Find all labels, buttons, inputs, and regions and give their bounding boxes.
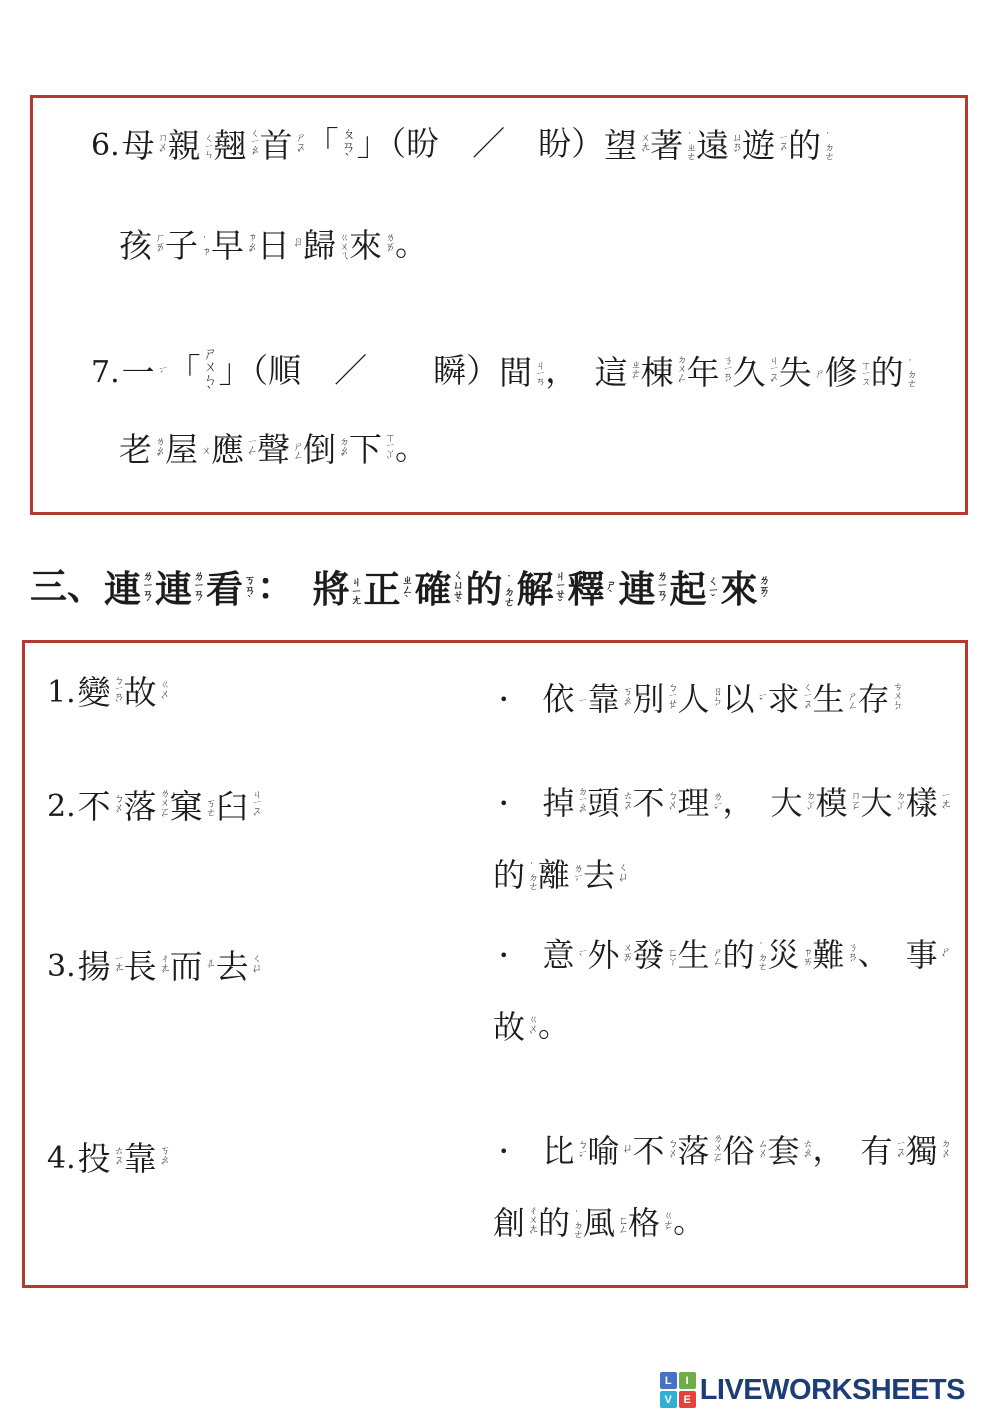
match-definition-1-line-1: •依ㄧ靠ㄎㄠˋ別ㄅㄧㄝˊ人ㄖㄣˊ以ㄧˇ求ㄑㄧㄡˊ生ㄕㄥ存ㄘㄨㄣˊ <box>493 673 963 721</box>
match-term-3[interactable]: 3.揚ㄧㄤˊ長ㄔㄤˊ而ㄦˊ去ㄑㄩˋ <box>47 945 262 988</box>
match-term-3-number: 3. <box>47 949 76 984</box>
match-definition-3[interactable]: •意ㄧˋ外ㄨㄞˋ發ㄈㄚ生ㄕㄥ的˙ㄉㄜ災ㄗㄞ難ㄋㄢˊ、 事ㄕˋ 故ㄍㄨˋ。 <box>493 929 963 1073</box>
match-term-1-number: 1. <box>47 675 76 710</box>
match-definition-3-line-1: •意ㄧˋ外ㄨㄞˋ發ㄈㄚ生ㄕㄥ的˙ㄉㄜ災ㄗㄞ難ㄋㄢˊ、 事ㄕˋ <box>493 929 963 977</box>
logo-cell-i: I <box>679 1372 696 1389</box>
match-definition-2-line-1: •掉ㄉㄧㄠˋ頭ㄊㄡˊ不ㄅㄨˋ理ㄌㄧˇ， 大ㄉㄚˋ模ㄇㄛˊ大ㄉㄚˋ樣ㄧㄤˋ <box>493 777 963 825</box>
section-3-title: 三、連ㄌㄧㄢˊ連ㄌㄧㄢˊ看ㄎㄢˋ： 將ㄐㄧㄤ正ㄓㄥˋ確ㄑㄩㄝˋ的˙ㄉㄜ解ㄐㄧㄝˇ… <box>30 556 772 614</box>
worksheet-page: { "meta": { "border_color": "#b23a31", "… <box>0 0 1000 1414</box>
question-6-text: 母ㄇㄨˇ親ㄑㄧㄣ翹ㄑㄧㄠˊ首ㄕㄡˇ「ㄆㄢˋ」（昐 ／ 盼）望ㄨㄤˋ著˙ㄓㄜ遠ㄩㄢ… <box>122 124 835 163</box>
section-3-title-text: 三、連ㄌㄧㄢˊ連ㄌㄧㄢˊ看ㄎㄢˋ： 將ㄐㄧㄤ正ㄓㄥˋ確ㄑㄩㄝˋ的˙ㄉㄜ解ㄐㄧㄝˇ… <box>30 564 772 608</box>
matching-box: 1.變ㄅㄧㄢˋ故ㄍㄨˋ 2.不ㄅㄨˊ落ㄌㄨㄛˋ窠ㄎㄜ臼ㄐㄧㄡˋ 3.揚ㄧㄤˊ長ㄔ… <box>22 640 968 1288</box>
liveworksheets-logo[interactable]: L I V E LIVEWORKSHEETS <box>660 1372 965 1408</box>
match-definition-4[interactable]: •比ㄅㄧˇ喻ㄩˋ不ㄅㄨˊ落ㄌㄨㄛˋ俗ㄙㄨˊ套ㄊㄠˋ， 有ㄧㄡˇ獨ㄉㄨˊ 創ㄔㄨㄤ… <box>493 1125 963 1269</box>
question-7-line-1[interactable]: 7.一ㄧˊ「ㄕㄨㄣˋ」（順 ／ 瞬）間ㄐㄧㄢ， 這ㄓㄜˋ棟ㄉㄨㄥˋ年ㄋㄧㄢˊ久ㄐ… <box>91 346 917 400</box>
match-term-2-text: 不ㄅㄨˊ落ㄌㄨㄛˋ窠ㄎㄜ臼ㄐㄧㄡˋ <box>78 785 262 824</box>
match-definition-4-line-2: 創ㄔㄨㄤˋ的˙ㄉㄜ風ㄈㄥ格ㄍㄜˊ。 <box>493 1197 963 1245</box>
logo-cell-v: V <box>660 1391 677 1408</box>
match-definition-4-line-1: •比ㄅㄧˇ喻ㄩˋ不ㄅㄨˊ落ㄌㄨㄛˋ俗ㄙㄨˊ套ㄊㄠˋ， 有ㄧㄡˇ獨ㄉㄨˊ <box>493 1125 963 1173</box>
match-term-1[interactable]: 1.變ㄅㄧㄢˋ故ㄍㄨˋ <box>47 671 170 714</box>
match-definition-3-line-2: 故ㄍㄨˋ。 <box>493 1001 963 1049</box>
questions-box: 6.母ㄇㄨˇ親ㄑㄧㄣ翹ㄑㄧㄠˊ首ㄕㄡˇ「ㄆㄢˋ」（昐 ／ 盼）望ㄨㄤˋ著˙ㄓㄜ遠… <box>30 95 968 515</box>
question-6-text-continued: 孩ㄏㄞˊ子˙ㄗ早ㄗㄠˇ日ㄖˋ歸ㄍㄨㄟ來ㄌㄞˊ。 <box>119 224 428 263</box>
logo-cell-e: E <box>679 1391 696 1408</box>
logo-cell-l: L <box>660 1372 677 1389</box>
question-7-text-continued: 老ㄌㄠˇ屋ㄨ應ㄧㄥˋ聲ㄕㄥ倒ㄉㄠˇ下ㄒㄧㄚˋ。 <box>119 428 428 467</box>
match-term-2-number: 2. <box>47 789 76 824</box>
liveworksheets-wordmark: LIVEWORKSHEETS <box>700 1374 965 1407</box>
match-term-1-text: 變ㄅㄧㄢˋ故ㄍㄨˋ <box>78 671 170 710</box>
question-6-line-1[interactable]: 6.母ㄇㄨˇ親ㄑㄧㄣ翹ㄑㄧㄠˊ首ㄕㄡˇ「ㄆㄢˋ」（昐 ／ 盼）望ㄨㄤˋ著˙ㄓㄜ遠… <box>91 120 834 168</box>
question-7-number: 7. <box>91 355 120 390</box>
match-term-3-text: 揚ㄧㄤˊ長ㄔㄤˊ而ㄦˊ去ㄑㄩˋ <box>78 945 262 984</box>
match-term-4-text: 投ㄊㄡˊ靠ㄎㄠˋ <box>78 1137 170 1176</box>
match-term-4[interactable]: 4.投ㄊㄡˊ靠ㄎㄠˋ <box>47 1137 170 1180</box>
match-term-4-number: 4. <box>47 1141 76 1176</box>
question-6-line-2: 孩ㄏㄞˊ子˙ㄗ早ㄗㄠˇ日ㄖˋ歸ㄍㄨㄟ來ㄌㄞˊ。 <box>119 220 428 268</box>
question-6-number: 6. <box>91 128 120 163</box>
liveworksheets-grid-icon: L I V E <box>660 1372 696 1408</box>
match-definition-1[interactable]: •依ㄧ靠ㄎㄠˋ別ㄅㄧㄝˊ人ㄖㄣˊ以ㄧˇ求ㄑㄧㄡˊ生ㄕㄥ存ㄘㄨㄣˊ <box>493 673 963 745</box>
question-7-line-2: 老ㄌㄠˇ屋ㄨ應ㄧㄥˋ聲ㄕㄥ倒ㄉㄠˇ下ㄒㄧㄚˋ。 <box>119 424 428 472</box>
match-definition-2[interactable]: •掉ㄉㄧㄠˋ頭ㄊㄡˊ不ㄅㄨˋ理ㄌㄧˇ， 大ㄉㄚˋ模ㄇㄛˊ大ㄉㄚˋ樣ㄧㄤˋ 的˙ㄉ… <box>493 777 963 921</box>
question-7-text: 一ㄧˊ「ㄕㄨㄣˋ」（順 ／ 瞬）間ㄐㄧㄢ， 這ㄓㄜˋ棟ㄉㄨㄥˋ年ㄋㄧㄢˊ久ㄐㄧㄡ… <box>122 351 917 390</box>
match-term-2[interactable]: 2.不ㄅㄨˊ落ㄌㄨㄛˋ窠ㄎㄜ臼ㄐㄧㄡˋ <box>47 785 262 828</box>
match-definition-2-line-2: 的˙ㄉㄜ離ㄌㄧˊ去ㄑㄩˋ <box>493 849 963 897</box>
